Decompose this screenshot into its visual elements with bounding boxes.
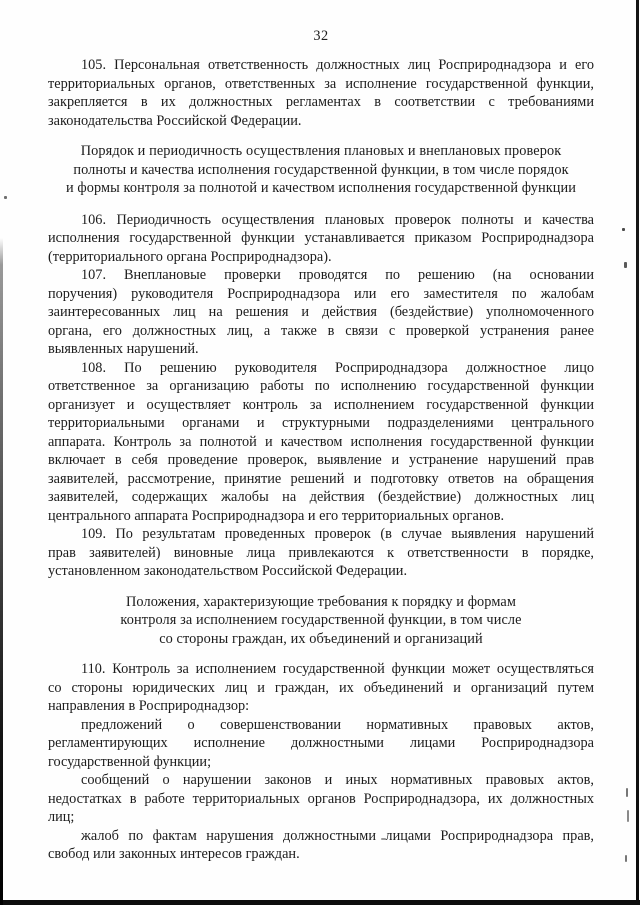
para-108-line: территориальными органами и структурными… [48, 414, 594, 433]
para-108-line: заявителей, рассмотрение, принятие решен… [48, 470, 594, 489]
para-110: 110. Контроль за исполнением государстве… [48, 660, 594, 716]
heading-control-requirements: Положения, характеризующие требования к … [48, 593, 594, 649]
heading-inspections-order-line: Порядок и периодичность осуществления пл… [48, 142, 594, 161]
para-109: 109. По результатам проведенных проверок… [48, 525, 594, 581]
para-106: 106. Периодичность осуществления плановы… [48, 211, 594, 267]
scan-artifact-speck [625, 855, 627, 862]
para-110-line: со стороны юридических лиц и граждан, их… [48, 679, 594, 698]
para-105-line: территориальных органов, ответственных з… [48, 75, 594, 94]
para-105-line: 105. Персональная ответственность должно… [48, 56, 594, 75]
scan-artifact-speck [622, 228, 625, 231]
document-text-column: 32105. Персональная ответственность долж… [48, 27, 594, 864]
scan-artifact-bottom-border [0, 900, 640, 905]
scan-artifact-speck [627, 810, 629, 822]
para-108: 108. По решению руководителя Росприродна… [48, 359, 594, 526]
para-105-line: закрепляется в их должностных регламента… [48, 93, 594, 112]
scan-artifact-left-line [0, 238, 3, 905]
para-107-line: заинтересованных лиц на решения и действ… [48, 303, 594, 322]
page-number: 32 [48, 27, 594, 45]
para-108-line: центрального аппарата Росприроднадзора и… [48, 507, 594, 526]
heading-inspections-order: Порядок и периодичность осуществления пл… [48, 142, 594, 198]
para-106-line: (территориального органа Росприроднадзор… [48, 248, 594, 267]
para-110-item-reports-line: лиц; [48, 808, 594, 827]
heading-inspections-order-line: полноты и качества исполнения государств… [48, 161, 594, 180]
para-110-item-reports-line: сообщений о нарушении законов и иных нор… [48, 771, 594, 790]
para-107-line: выявленных нарушений. [48, 340, 594, 359]
para-106-line: исполнения государственной функции устан… [48, 229, 594, 248]
para-108-line: заявителей, содержащих жалобы на действи… [48, 488, 594, 507]
para-110-item-proposals-line: государственной функции; [48, 753, 594, 772]
para-105-line: законодательства Российской Федерации. [48, 112, 594, 131]
para-108-line: 108. По решению руководителя Росприродна… [48, 359, 594, 378]
para-107: 107. Внеплановые проверки проводятся по … [48, 266, 594, 359]
para-108-line: организует и осуществляет контроль за ис… [48, 396, 594, 415]
para-109-line: 109. По результатам проведенных проверок… [48, 525, 594, 544]
para-107-line: органа, его должностных лиц, а также в с… [48, 322, 594, 341]
para-110-item-proposals-line: предложений о совершенствовании норматив… [48, 716, 594, 735]
para-110-item-proposals: предложений о совершенствовании норматив… [48, 716, 594, 772]
para-108-line: аппарата. Контроль за полнотой и качеств… [48, 433, 594, 452]
para-110-item-reports: сообщений о нарушении законов и иных нор… [48, 771, 594, 827]
scan-artifact-right-border [636, 0, 639, 905]
heading-control-requirements-line: контроля за исполнением государственной … [48, 611, 594, 630]
heading-inspections-order-line: и формы контроля за полнотой и качеством… [48, 179, 594, 198]
para-110-line: направления в Росприроднадзор: [48, 697, 594, 716]
para-110-line: 110. Контроль за исполнением государстве… [48, 660, 594, 679]
para-109-line: прав заявителей) виновные лица привлекаю… [48, 544, 594, 563]
para-106-line: 106. Периодичность осуществления плановы… [48, 211, 594, 230]
para-107-line: 107. Внеплановые проверки проводятся по … [48, 266, 594, 285]
scan-artifact-speck [4, 196, 7, 199]
scan-artifact-speck [626, 788, 628, 797]
para-110-item-complaints-line: свобод или законных интересов граждан. [48, 845, 594, 864]
para-110-item-reports-line: недостатках в работе территориальных орг… [48, 790, 594, 809]
heading-control-requirements-line: Положения, характеризующие требования к … [48, 593, 594, 612]
para-110-item-proposals-line: регламентирующих исполнение должностными… [48, 734, 594, 753]
para-108-line: включает в себя проведение проверок, выя… [48, 451, 594, 470]
heading-control-requirements-line: со стороны граждан, их объединений и орг… [48, 630, 594, 649]
para-105: 105. Персональная ответственность должно… [48, 56, 594, 130]
para-110-item-complaints-line: жалоб по фактам нарушения должностными л… [48, 827, 594, 846]
para-108-line: ответственное за организацию работы по и… [48, 377, 594, 396]
para-107-line: поручения) руководителя Росприроднадзора… [48, 285, 594, 304]
document-page: 32105. Персональная ответственность долж… [0, 0, 640, 905]
para-109-line: установленном законодательством Российск… [48, 562, 594, 581]
para-110-item-complaints: жалоб по фактам нарушения должностными л… [48, 827, 594, 864]
scan-artifact-speck [624, 262, 627, 268]
